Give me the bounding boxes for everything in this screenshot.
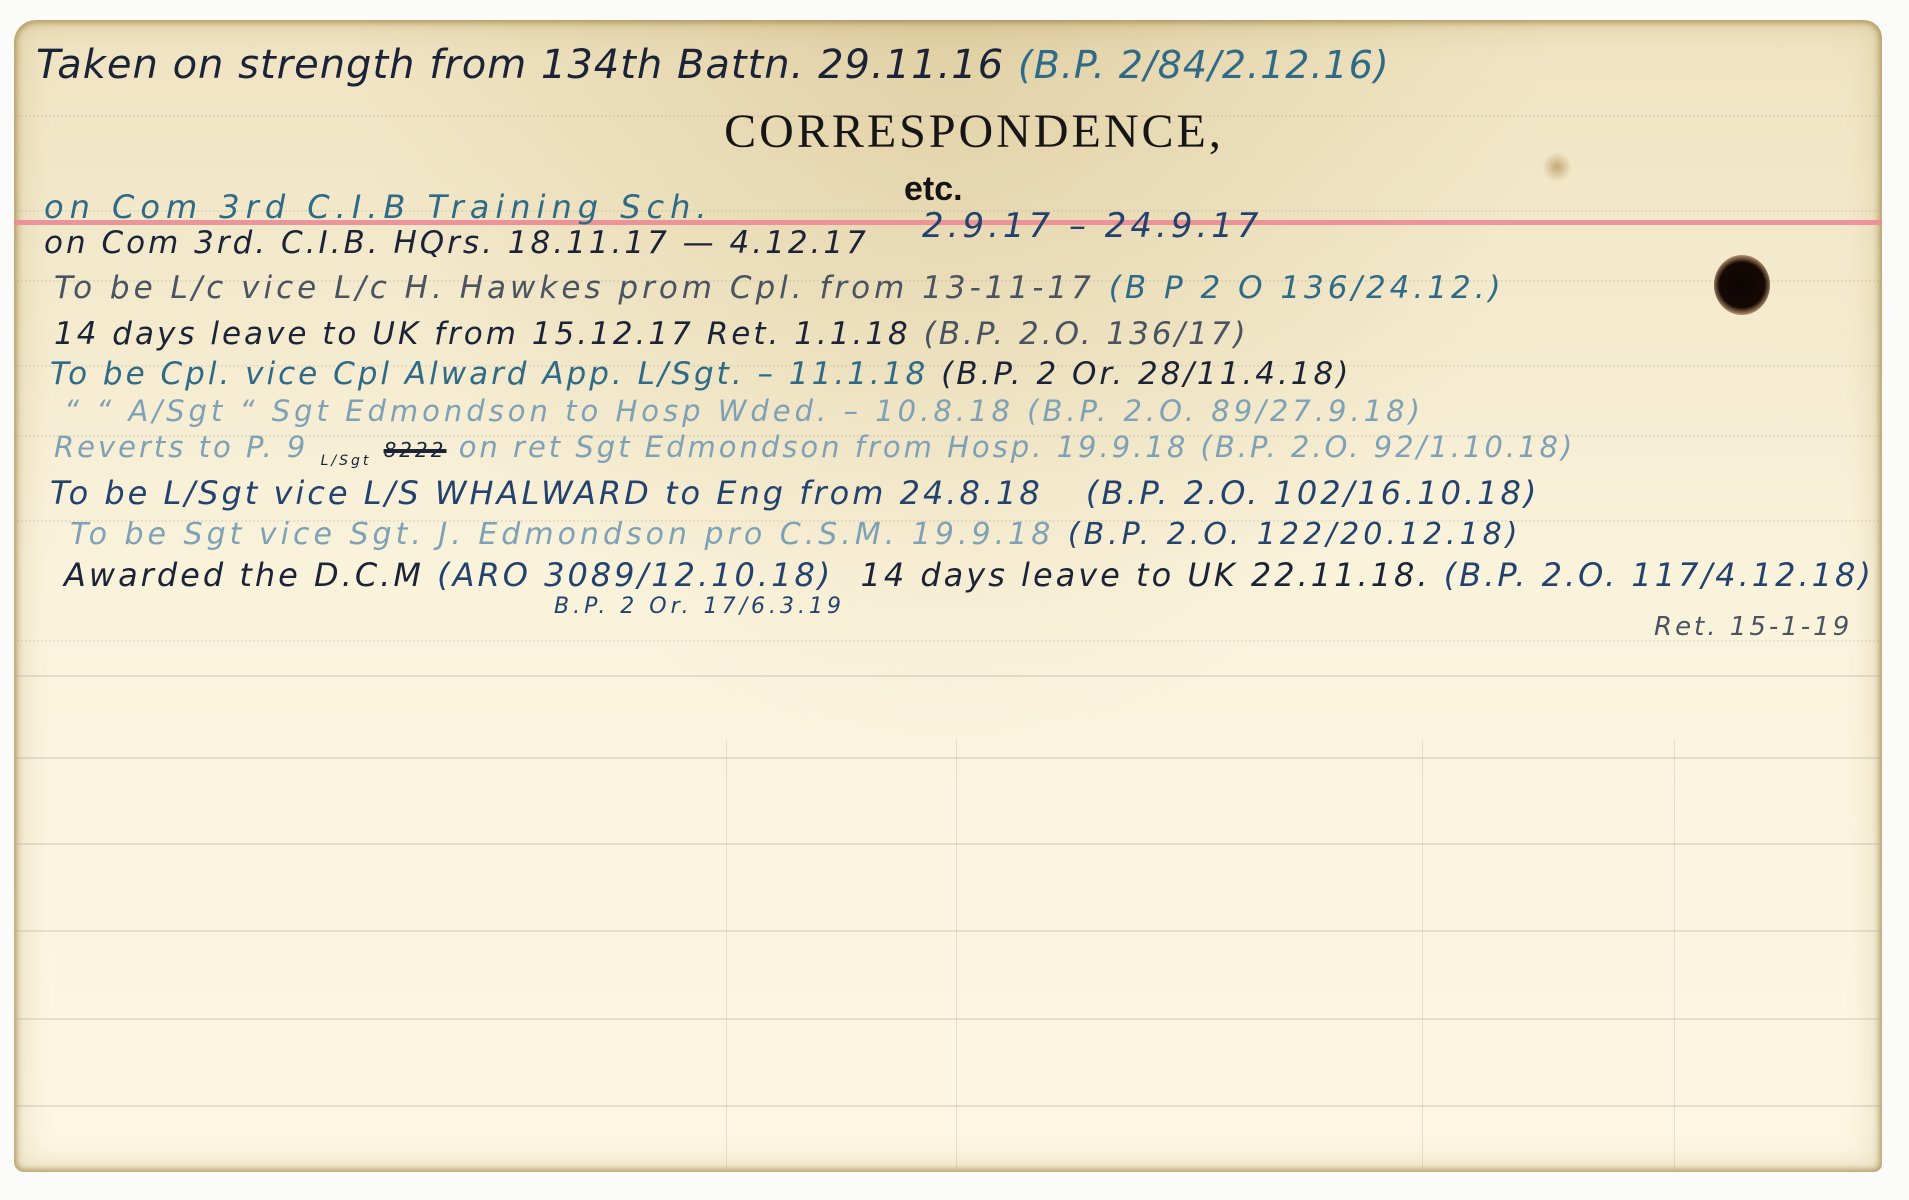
entry-reference: (ARO 3089/12.10.18) bbox=[437, 556, 833, 594]
entry-return-note: Ret. 15-1-19 bbox=[1654, 612, 1852, 642]
entry-reference: (B.P. 2.O. 122/20.12.18) bbox=[1068, 517, 1522, 552]
ruled-line bbox=[14, 930, 1882, 932]
entry-insertion: L/Sgt bbox=[321, 453, 372, 469]
entry-reference: (B.P. 2.O. 136/17) bbox=[924, 316, 1249, 352]
entry-leave-uk-1917: 14 days leave to UK from 15.12.17 Ret. 1… bbox=[54, 316, 1249, 352]
entry-text: 14 days leave to UK 22.11.18. bbox=[860, 556, 1430, 594]
ink-blot bbox=[1714, 255, 1770, 315]
service-record-card: CORRESPONDENCE, etc. Taken on strength f… bbox=[14, 20, 1882, 1172]
entry-note: Ret. 15-1-19 bbox=[1654, 612, 1852, 642]
entry-struck-text: 8222 bbox=[384, 438, 447, 462]
entry-reference: B.P. 2 Or. 17/6.3.19 bbox=[554, 594, 845, 619]
ruled-line bbox=[14, 640, 1882, 642]
printed-title: CORRESPONDENCE, bbox=[634, 104, 1314, 159]
entry-dcm-award: Awarded the D.C.M (ARO 3089/12.10.18) 14… bbox=[64, 556, 1874, 594]
printed-subtitle: etc. bbox=[904, 170, 963, 209]
entry-lance-corporal: To be L/c vice L/c H. Hawkes prom Cpl. f… bbox=[54, 270, 1505, 306]
column-divider bbox=[1422, 740, 1423, 1170]
entry-training-school: on Com 3rd C.I.B Training Sch. bbox=[44, 188, 713, 226]
ruled-line bbox=[14, 757, 1882, 759]
entry-reference: (B P 2 O 136/24.12.) bbox=[1109, 270, 1505, 306]
entry-text: on Com 3rd. C.I.B. HQrs. 18.11.17 — 4.12… bbox=[44, 225, 869, 261]
ruled-line bbox=[14, 1018, 1882, 1020]
entry-text: Taken on strength from 134th Battn. 29.1… bbox=[36, 42, 1004, 88]
entry-corporal: To be Cpl. vice Cpl Alward App. L/Sgt. –… bbox=[50, 356, 1351, 392]
entry-text: To be Cpl. vice Cpl Alward App. L/Sgt. –… bbox=[50, 356, 928, 392]
entry-text: To be Sgt vice Sgt. J. Edmondson pro C.S… bbox=[70, 517, 1054, 552]
entry-dcm-subreference: B.P. 2 Or. 17/6.3.19 bbox=[554, 594, 845, 619]
entry-text: To be L/Sgt vice L/S WHALWARD to Eng fro… bbox=[50, 474, 1043, 512]
entry-lance-sergeant: To be L/Sgt vice L/S WHALWARD to Eng fro… bbox=[50, 474, 1539, 512]
entry-reference: (B.P. 2.O. 117/4.12.18) bbox=[1444, 556, 1874, 594]
entry-text: Reverts to P. 9 bbox=[54, 430, 308, 464]
entry-training-school-dates: 2.9.17 – 24.9.17 bbox=[922, 206, 1263, 246]
entry-acting-sergeant: “ “ A/Sgt “ Sgt Edmondson to Hosp Wded. … bbox=[64, 394, 1424, 428]
column-divider bbox=[956, 740, 957, 1170]
column-divider bbox=[726, 740, 727, 1170]
entry-reverts: Reverts to P. 9 L/Sgt 8222 on ret Sgt Ed… bbox=[54, 430, 1575, 469]
entry-reference: (B.P. 2/84/2.12.16) bbox=[1018, 43, 1390, 87]
entry-reference: (B.P. 2 Or. 28/11.4.18) bbox=[941, 356, 1351, 392]
entry-reference: (B.P. 2.O. 89/27.9.18) bbox=[1027, 394, 1424, 428]
entry-text: Awarded the D.C.M bbox=[64, 556, 424, 594]
entry-text: on ret Sgt Edmondson from Hosp. 19.9.18 bbox=[459, 430, 1189, 464]
entry-text: 14 days leave to UK from 15.12.17 Ret. 1… bbox=[54, 316, 911, 352]
entry-taken-on-strength: Taken on strength from 134th Battn. 29.1… bbox=[36, 42, 1390, 88]
entry-reference: (B.P. 2.O. 92/1.10.18) bbox=[1201, 430, 1576, 464]
entry-reference: (B.P. 2.O. 102/16.10.18) bbox=[1086, 474, 1539, 512]
entry-text: on Com 3rd C.I.B Training Sch. bbox=[44, 188, 713, 226]
ruled-line bbox=[14, 1105, 1882, 1107]
entry-text: To be L/c vice L/c H. Hawkes prom Cpl. f… bbox=[54, 270, 1095, 306]
column-divider bbox=[1674, 740, 1675, 1170]
ruled-line bbox=[14, 675, 1882, 677]
ruled-line bbox=[14, 843, 1882, 845]
paper-stain bbox=[1542, 152, 1572, 182]
entry-reference: 2.9.17 – 24.9.17 bbox=[922, 206, 1263, 246]
entry-cib-hqrs: on Com 3rd. C.I.B. HQrs. 18.11.17 — 4.12… bbox=[44, 225, 869, 261]
entry-text: “ “ A/Sgt “ Sgt Edmondson to Hosp Wded. … bbox=[64, 394, 1014, 428]
entry-sergeant: To be Sgt vice Sgt. J. Edmondson pro C.S… bbox=[70, 517, 1521, 552]
